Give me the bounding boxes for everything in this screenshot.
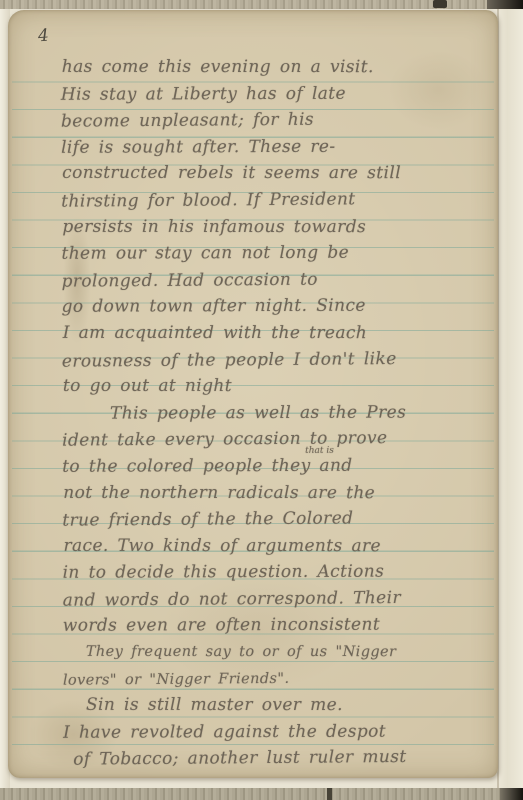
handwritten-line: thirsting for blood. If President xyxy=(61,185,481,215)
handwritten-line: persists in his infamous towards xyxy=(62,213,482,240)
fabric-dark-corner-top xyxy=(487,0,523,9)
handwritten-line: lovers" or "Nigger Friends". xyxy=(63,664,483,694)
handwritten-line: true friends of the the Colored xyxy=(62,504,482,534)
handwritten-line: of Tobacco; another lust ruler must xyxy=(63,744,483,774)
book-cover-fabric-bottom xyxy=(0,788,523,800)
manuscript-page: 4 has come this evening on a visit. His … xyxy=(8,10,498,778)
page-stack-edge-right xyxy=(497,9,523,788)
handwritten-text-block: has come this evening on a visit. His st… xyxy=(61,53,484,772)
fabric-dark-spot xyxy=(433,0,447,8)
handwritten-line: become unpleasant; for his xyxy=(61,106,481,136)
photographed-diary-page: { "document": { "page_number": "4", "ins… xyxy=(0,0,523,800)
handwritten-line: I am acquainted with the treach xyxy=(63,320,483,347)
handwritten-line: prolonged. Had occasion to xyxy=(61,265,481,295)
handwritten-line: They frequent say to or of us "Nigger xyxy=(64,639,484,666)
handwritten-line: go down town after night. Since xyxy=(62,293,482,321)
book-cover-fabric-top xyxy=(0,0,523,9)
handwritten-line: ident take every occasion to prove xyxy=(62,425,482,455)
handwritten-line: This people as well as the Pres xyxy=(62,399,482,427)
handwritten-line: erousness of the people I don't like xyxy=(62,345,482,375)
handwritten-line: constructed rebels it seems are still xyxy=(62,160,482,187)
handwritten-line: words even are often inconsistent xyxy=(63,612,483,640)
page-number: 4 xyxy=(37,26,49,47)
handwritten-line: them our stay can not long be xyxy=(61,239,481,267)
handwritten-line: Sin is still master over me. xyxy=(64,692,484,719)
handwritten-line: to go out at night xyxy=(63,373,483,400)
handwritten-line: and words do not correspond. Their xyxy=(63,584,483,614)
fabric-seam xyxy=(327,788,332,800)
handwritten-line: His stay at Liberty has of late xyxy=(61,80,481,108)
handwritten-line: race. Two kinds of arguments are xyxy=(63,533,483,560)
handwritten-line: not the northern radicals are the xyxy=(63,479,483,506)
handwritten-line: to the colored people they and xyxy=(62,452,482,480)
handwritten-line: life is sought after. These re- xyxy=(61,133,481,161)
fabric-dark-corner-bottom xyxy=(500,788,523,800)
interline-insertion: that is xyxy=(305,438,334,465)
handwritten-line: has come this evening on a visit. xyxy=(62,54,482,81)
handwritten-line: I have revolted against the despot xyxy=(63,718,483,746)
handwritten-line: in to decide this question. Actions xyxy=(63,559,483,587)
